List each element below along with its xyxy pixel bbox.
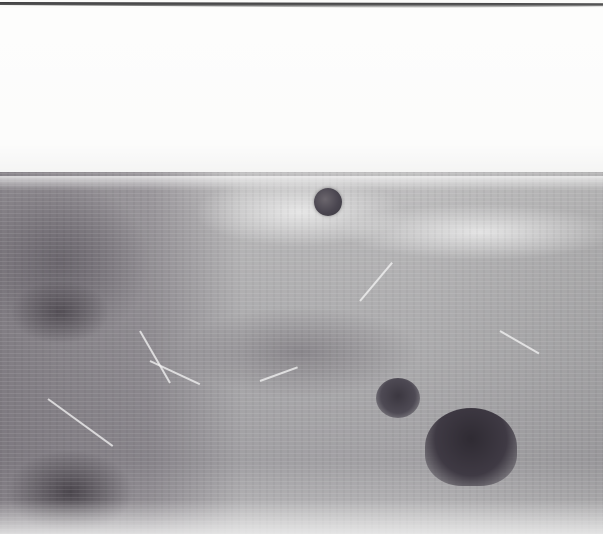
foreground-dark-shape-large	[425, 408, 517, 486]
film-grain-texture	[0, 172, 603, 534]
sky	[0, 8, 603, 178]
foreground-dark-shape-small	[376, 378, 420, 418]
photo-bottom-edge	[0, 500, 603, 534]
horizon	[0, 176, 603, 190]
photograph: Historical black-and-white photograph of…	[0, 0, 603, 534]
dark-round-object-in-sky	[314, 188, 342, 216]
